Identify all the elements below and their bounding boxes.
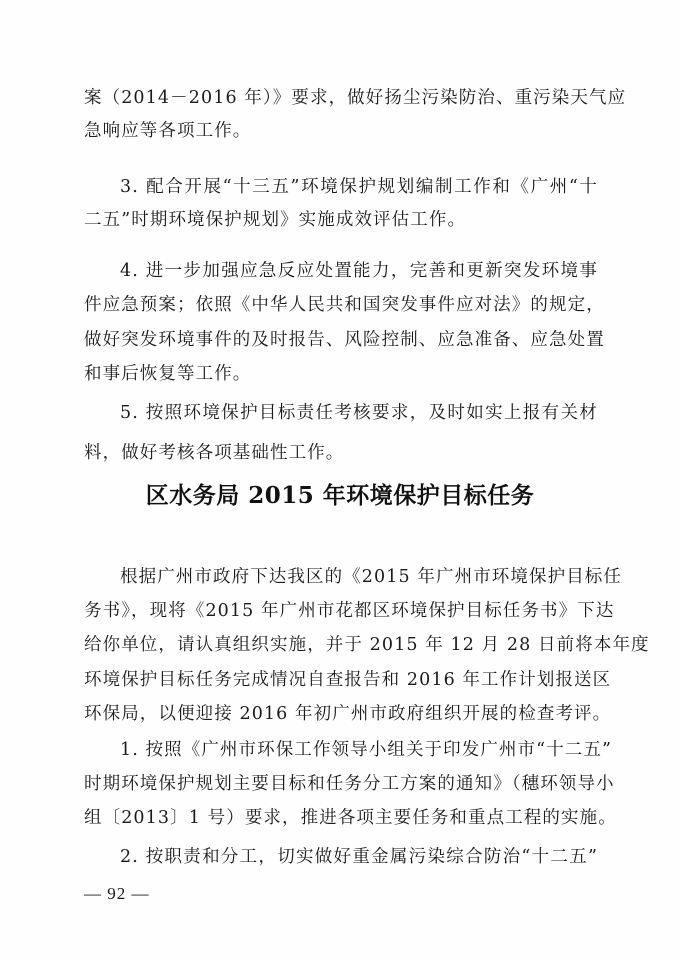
paragraph-line: 3. 配合开展“十三五”环境保护规划编制工作和《广州“十 [84, 176, 598, 198]
paragraph-line: 5. 按照环境保护目标责任考核要求，及时如实上报有关材 [84, 402, 598, 424]
paragraph-line: 料，做好考核各项基础性工作。 [84, 442, 598, 464]
paragraph-line: 二五”时期环境保护规划》实施成效评估工作。 [84, 209, 598, 231]
paragraph-line: 组〔2013〕1 号）要求，推进各项主要任务和重点工程的实施。 [84, 807, 598, 829]
paragraph-line: 环境保护目标任务完成情况自查报告和 2016 年工作计划报送区 [84, 669, 598, 691]
paragraph-line: 件应急预案；依照《中华人民共和国突发事件应对法》的规定， [84, 294, 598, 316]
section-title: 区水务局 2015 年环境保护目标任务 [0, 481, 680, 511]
paragraph-line: 案（2014－2016 年）》要求，做好扬尘污染防治、重污染天气应 [84, 87, 598, 109]
paragraph-line: 2. 按职责和分工，切实做好重金属污染综合防治“十二五” [84, 846, 598, 868]
document-page: 案（2014－2016 年）》要求，做好扬尘污染防治、重污染天气应 急响应等各项… [0, 0, 680, 962]
paragraph-line: 环保局，以便迎接 2016 年初广州市政府组织开展的检查考评。 [84, 703, 598, 725]
paragraph-line: 时期环境保护规划主要目标和任务分工方案的通知》（穗环领导小 [84, 773, 598, 795]
paragraph-line: 和事后恢复等工作。 [84, 363, 598, 385]
paragraph-line: 给你单位，请认真组织实施，并于 2015 年 12 月 28 日前将本年度 [84, 634, 598, 656]
paragraph-line: 急响应等各项工作。 [84, 120, 598, 142]
paragraph-line: 4. 进一步加强应急反应处置能力，完善和更新突发环境事 [84, 260, 598, 282]
paragraph-line: 务书》，现将《2015 年广州市花都区环境保护目标任务书》下达 [84, 600, 598, 622]
paragraph-line: 1. 按照《广州市环保工作领导小组关于印发广州市“十二五” [84, 739, 598, 761]
paragraph-line: 做好突发环境事件的及时报告、风险控制、应急准备、应急处置 [84, 329, 598, 351]
page-number: — 92 — [84, 884, 150, 904]
paragraph-line: 根据广州市政府下达我区的《2015 年广州市环境保护目标任 [84, 566, 598, 588]
